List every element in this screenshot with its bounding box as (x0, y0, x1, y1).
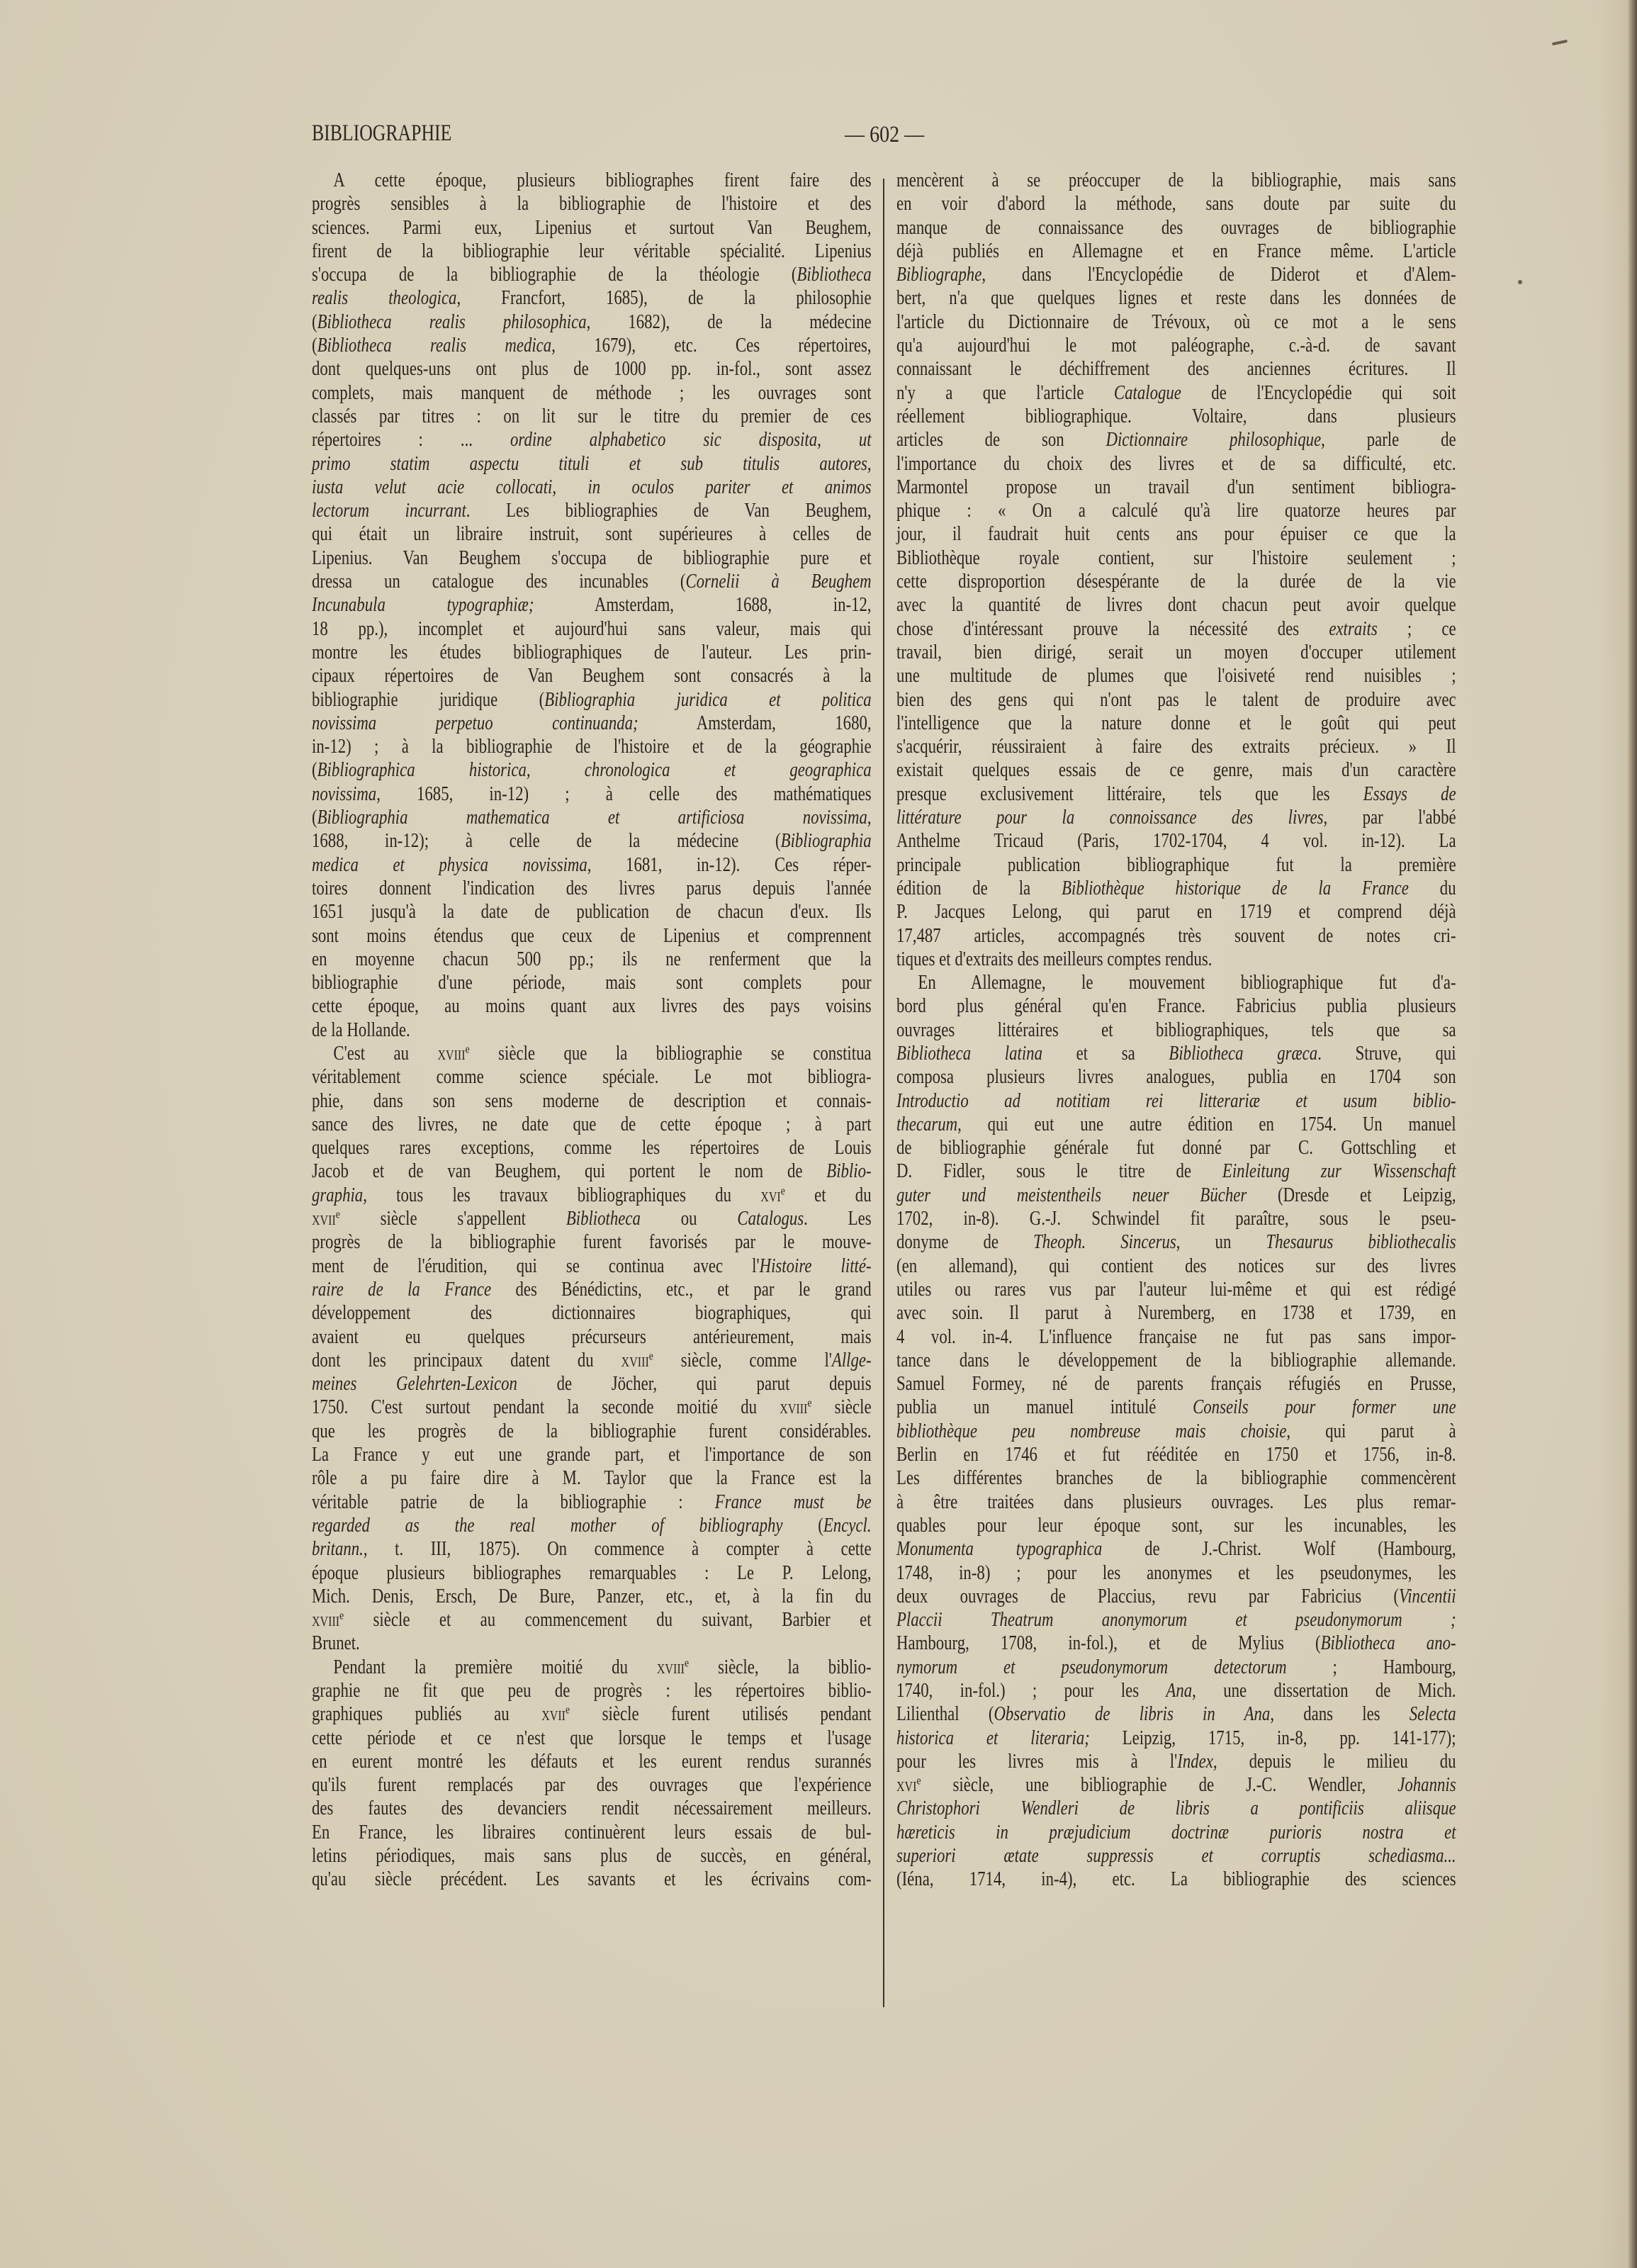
text-line: Bibliotheca latina et sa Bibliotheca græ… (896, 1042, 1456, 1065)
left-column: A cette époque, plusieurs bibliographes … (312, 169, 872, 1892)
text-line: en eurent montré les défauts et les eure… (312, 1750, 872, 1773)
text-line: quelques rares exceptions, comme les rép… (312, 1136, 872, 1160)
page-edge (1627, 0, 1637, 2268)
text-line: cipaux répertoires de Van Beughem sont c… (312, 664, 872, 687)
text-line: xviiie siècle et au commencement du suiv… (312, 1608, 872, 1632)
text-line: principale publication bibliographique f… (896, 853, 1456, 877)
text-line: Christophori Wendleri de libris a pontif… (896, 1797, 1456, 1820)
right-column: mencèrent à se préoccuper de la bibliogr… (896, 169, 1456, 1892)
text-line: sance des livres, ne date que de cette é… (312, 1113, 872, 1136)
text-line: montre les études bibliographiques de l'… (312, 641, 872, 664)
text-line: bien des gens qui n'ont pas le talent de… (896, 688, 1456, 712)
text-line: de la Hollande. (312, 1018, 872, 1042)
text-line: graphiques publiés au xviie siècle furen… (312, 1702, 872, 1726)
text-line: ouvrages littéraires et bibliographiques… (896, 1018, 1456, 1042)
text-line: publia un manuel intitulé Conseils pour … (896, 1396, 1456, 1419)
text-line: Jacob et de van Beughem, qui portent le … (312, 1160, 872, 1183)
text-line: dont quelques-uns ont plus de 1000 pp. i… (312, 357, 872, 381)
text-line: phique : « On a calculé qu'à lire quator… (896, 499, 1456, 522)
text-line: n'y a que l'article Catalogue de l'Encyc… (896, 381, 1456, 405)
text-line: développement des dictionnaires biograph… (312, 1301, 872, 1325)
text-line: cette disproportion désespérante de la d… (896, 570, 1456, 593)
text-line: dressa un catalogue des incunables (Corn… (312, 570, 872, 593)
text-line: C'est au xviiie siècle que la bibliograp… (312, 1042, 872, 1065)
text-line: graphia, tous les travaux bibliographiqu… (312, 1184, 872, 1207)
text-line: sciences. Parmi eux, Lipenius et surtout… (312, 216, 872, 240)
text-line: Lilienthal (Observatio de libris in Ana,… (896, 1702, 1456, 1726)
right-column-text: mencèrent à se préoccuper de la bibliogr… (896, 169, 1456, 1892)
text-line: En Allemagne, le mouvement bibliographiq… (896, 971, 1456, 994)
text-line: de bibliographie générale fut donné par … (896, 1136, 1456, 1160)
text-line: utiles ou rares vus par l'auteur lui-mêm… (896, 1278, 1456, 1301)
text-line: Placcii Theatrum anonymorum et pseudonym… (896, 1608, 1456, 1632)
text-line: xvie siècle, une bibliographie de J.-C. … (896, 1773, 1456, 1797)
text-line: déjà publiés en Allemagne et en France m… (896, 240, 1456, 263)
text-line: graphie ne fit que peu de progrès : les … (312, 1679, 872, 1702)
text-line: avec la quantité de livres dont chacun p… (896, 593, 1456, 617)
text-line: 17,487 articles, accompagnés très souven… (896, 924, 1456, 948)
text-line: toires donnent l'indication des livres p… (312, 877, 872, 900)
text-line: historica et literaria; Leipzig, 1715, i… (896, 1727, 1456, 1750)
text-line: 4 vol. in-4. L'influence française ne fu… (896, 1325, 1456, 1349)
text-line: articles de son Dictionnaire philosophiq… (896, 428, 1456, 451)
text-line: tiques et d'extraits des meilleurs compt… (896, 948, 1456, 971)
text-line: guter und meistentheils neuer Bücher (Dr… (896, 1184, 1456, 1207)
text-line: Brunet. (312, 1632, 872, 1655)
text-line: 18 pp.), incomplet et aujourd'hui sans v… (312, 617, 872, 641)
text-line: superiori ætate suppressis et corruptis … (896, 1844, 1456, 1868)
text-line: qu'au siècle précédent. Les savants et l… (312, 1868, 872, 1891)
text-line: Pendant la première moitié du xviiie siè… (312, 1656, 872, 1679)
text-line: 1750. C'est surtout pendant la seconde m… (312, 1396, 872, 1419)
text-line: connaissant le déchiffrement des ancienn… (896, 357, 1456, 381)
text-line: l'importance du choix des livres et de s… (896, 452, 1456, 476)
text-line: meines Gelehrten-Lexicon de Jöcher, qui … (312, 1372, 872, 1396)
text-line: La France y eut une grande part, et l'im… (312, 1443, 872, 1466)
text-line: à être traitées dans plusieurs ouvrages.… (896, 1491, 1456, 1514)
text-line: Samuel Formey, né de parents français ré… (896, 1372, 1456, 1396)
text-line: existait quelques essais de ce genre, ma… (896, 758, 1456, 782)
text-line: (Bibliographia mathematica et artificios… (312, 806, 872, 829)
running-head: BIBLIOGRAPHIE (312, 120, 451, 147)
text-line: nymorum et pseudonymorum detectorum ; Ha… (896, 1656, 1456, 1679)
text-line: novissima perpetuo continuanda; Amsterda… (312, 712, 872, 735)
text-line: Introductio ad notitiam rei litterariæ e… (896, 1089, 1456, 1113)
text-line: Les différentes branches de la bibliogra… (896, 1466, 1456, 1490)
text-line: progrès sensibles à la bibliographie de … (312, 192, 872, 215)
text-line: (Bibliotheca realis medica, 1679), etc. … (312, 334, 872, 357)
text-line: Berlin en 1746 et fut rééditée en 1750 e… (896, 1443, 1456, 1466)
text-line: l'article du Dictionnaire de Trévoux, où… (896, 310, 1456, 334)
paper-mark (1552, 40, 1568, 45)
text-line: avec soin. Il parut à Nuremberg, en 1738… (896, 1301, 1456, 1325)
text-line: s'occupa de la bibliographie de la théol… (312, 263, 872, 286)
text-line: (Bibliotheca realis philosophica, 1682),… (312, 310, 872, 334)
text-line: qu'ils furent remplacés par des ouvrages… (312, 1773, 872, 1797)
text-line: P. Jacques Lelong, qui parut en 1719 et … (896, 900, 1456, 924)
left-column-text: A cette époque, plusieurs bibliographes … (312, 169, 872, 1892)
text-line: Hambourg, 1708, in-fol.), et de Mylius (… (896, 1632, 1456, 1655)
text-line: composa plusieurs livres analogues, publ… (896, 1065, 1456, 1089)
text-line: pour les livres mis à l'Index, depuis le… (896, 1750, 1456, 1773)
page-edge-shadow (1599, 0, 1627, 2268)
text-line: 1688, in-12); à celle de la médecine (Bi… (312, 829, 872, 853)
text-line: s'acquérir, réussiraient à faire des ext… (896, 735, 1456, 758)
text-line: des fautes des devanciers rendit nécessa… (312, 1797, 872, 1820)
text-line: 1740, in-fol.) ; pour les Ana, une disse… (896, 1679, 1456, 1702)
text-line: l'intelligence que la nature donne et le… (896, 712, 1456, 735)
text-line: époque plusieurs bibliographes remarquab… (312, 1561, 872, 1585)
text-line: (Iéna, 1714, in-4), etc. La bibliographi… (896, 1868, 1456, 1891)
text-line: lectorum incurrant. Les bibliographies d… (312, 499, 872, 522)
text-line: sont moins étendus que ceux de Lipenius … (312, 924, 872, 948)
text-line: (Bibliographica historica, chronologica … (312, 758, 872, 782)
text-line: en voir d'abord la méthode, sans doute p… (896, 192, 1456, 215)
page-number: — 602 — (845, 122, 924, 148)
text-line: quables pour leur époque sont, sur les i… (896, 1514, 1456, 1537)
text-line: travail, bien dirigé, serait un moyen d'… (896, 641, 1456, 664)
text-line: répertoires : ... ordine alphabetico sic… (312, 428, 872, 451)
text-line: classés par titres : on lit sur le titre… (312, 405, 872, 428)
text-line: véritable patrie de la bibliographie : F… (312, 1491, 872, 1514)
text-line: bert, n'a que quelques lignes et reste d… (896, 286, 1456, 310)
text-line: Marmontel propose un travail d'un sentim… (896, 476, 1456, 499)
text-line: iusta velut acie collocati, in oculos pa… (312, 476, 872, 499)
text-line: en moyenne chacun 500 pp.; ils ne renfer… (312, 948, 872, 971)
text-line: manque de connaissance des ouvrages de b… (896, 216, 1456, 240)
text-line: réellement bibliographique. Voltaire, da… (896, 405, 1456, 428)
text-line: jour, il faudrait huit cents ans pour ép… (896, 522, 1456, 546)
text-line: Anthelme Tricaud (Paris, 1702-1704, 4 vo… (896, 829, 1456, 853)
text-line: D. Fidler, sous le titre de Einleitung z… (896, 1160, 1456, 1183)
text-line: medica et physica novissima, 1681, in-12… (312, 853, 872, 877)
text-line: avaient eu quelques précurseurs antérieu… (312, 1325, 872, 1349)
text-line: rôle a pu faire dire à M. Taylor que la … (312, 1466, 872, 1490)
text-line: firent de la bibliographie leur véritabl… (312, 240, 872, 263)
text-line: (en allemand), qui contient des notices … (896, 1254, 1456, 1278)
text-line: realis theologica, Francfort, 1685), de … (312, 286, 872, 310)
text-line: letins périodiques, mais sans plus de su… (312, 1844, 872, 1868)
text-line: Monumenta typographica de J.-Christ. Wol… (896, 1537, 1456, 1561)
text-line: véritablement comme science spéciale. Le… (312, 1065, 872, 1089)
text-line: bibliographie juridique (Bibliographia j… (312, 688, 872, 712)
text-line: littérature pour la connoissance des liv… (896, 806, 1456, 829)
text-line: regarded as the real mother of bibliogra… (312, 1514, 872, 1537)
scanned-page: BIBLIOGRAPHIE — 602 — A cette époque, pl… (0, 0, 1637, 2268)
text-line: En France, les libraires continuèrent le… (312, 1821, 872, 1844)
text-line: Mich. Denis, Ersch, De Bure, Panzer, etc… (312, 1585, 872, 1608)
text-line: cette époque, au moins quant aux livres … (312, 994, 872, 1018)
text-line: bibliothèque peu nombreuse mais choisie,… (896, 1420, 1456, 1443)
text-line: thecarum, qui eut une autre édition en 1… (896, 1113, 1456, 1136)
text-line: xviie siècle s'appellent Bibliotheca ou … (312, 1207, 872, 1230)
text-line: qu'a aujourd'hui le mot paléographe, c.-… (896, 334, 1456, 357)
text-line: ment de l'érudition, qui se continua ave… (312, 1254, 872, 1278)
text-line: bord plus général qu'en France. Fabriciu… (896, 994, 1456, 1018)
text-line: 1651 jusqu'à la date de publication de c… (312, 900, 872, 924)
text-line: hæreticis in præjudicium doctrinæ purior… (896, 1821, 1456, 1844)
text-line: chose d'intéressant prouve la nécessité … (896, 617, 1456, 641)
text-line: progrès de la bibliographie furent favor… (312, 1230, 872, 1254)
text-line: édition de la Bibliothèque historique de… (896, 877, 1456, 900)
text-line: donyme de Theoph. Sincerus, un Thesaurus… (896, 1230, 1456, 1254)
text-line: tance dans le développement de la biblio… (896, 1349, 1456, 1372)
text-line: 1748, in-8) ; pour les anonymes et les p… (896, 1561, 1456, 1585)
text-line: deux ouvrages de Placcius, revu par Fabr… (896, 1585, 1456, 1608)
text-line: britann., t. III, 1875). On commence à c… (312, 1537, 872, 1561)
text-line: in-12) ; à la bibliographie de l'histoir… (312, 735, 872, 758)
text-line: phie, dans son sens moderne de descripti… (312, 1089, 872, 1113)
text-line: Bibliothèque royale contient, sur l'hist… (896, 546, 1456, 570)
column-divider (883, 179, 884, 2007)
text-line: cette période et ce n'est que lorsque le… (312, 1727, 872, 1750)
text-line: 1702, in-8). G.-J. Schwindel fit paraîtr… (896, 1207, 1456, 1230)
text-line: Bibliographe, dans l'Encyclopédie de Did… (896, 263, 1456, 286)
text-line: Incunabula typographiæ; Amsterdam, 1688,… (312, 593, 872, 617)
text-line: raire de la France des Bénédictins, etc.… (312, 1278, 872, 1301)
text-line: A cette époque, plusieurs bibliographes … (312, 169, 872, 192)
text-line: bibliographie d'une période, mais sont c… (312, 971, 872, 994)
text-line: que les progrès de la bibliographie fure… (312, 1420, 872, 1443)
text-line: qui était un libraire instruit, sont sup… (312, 522, 872, 546)
text-line: dont les principaux datent du xviiie siè… (312, 1349, 872, 1372)
text-line: primo statim aspectu tituli et sub titul… (312, 452, 872, 476)
text-line: Lipenius. Van Beughem s'occupa de biblio… (312, 546, 872, 570)
text-line: mencèrent à se préoccuper de la bibliogr… (896, 169, 1456, 192)
text-line: une multitude de plumes que l'oisiveté r… (896, 664, 1456, 687)
paper-speck (1518, 280, 1522, 284)
text-line: complets, mais manquent de méthode ; les… (312, 381, 872, 405)
text-line: presque exclusivement littéraire, tels q… (896, 782, 1456, 806)
text-line: novissima, 1685, in-12) ; à celle des ma… (312, 782, 872, 806)
